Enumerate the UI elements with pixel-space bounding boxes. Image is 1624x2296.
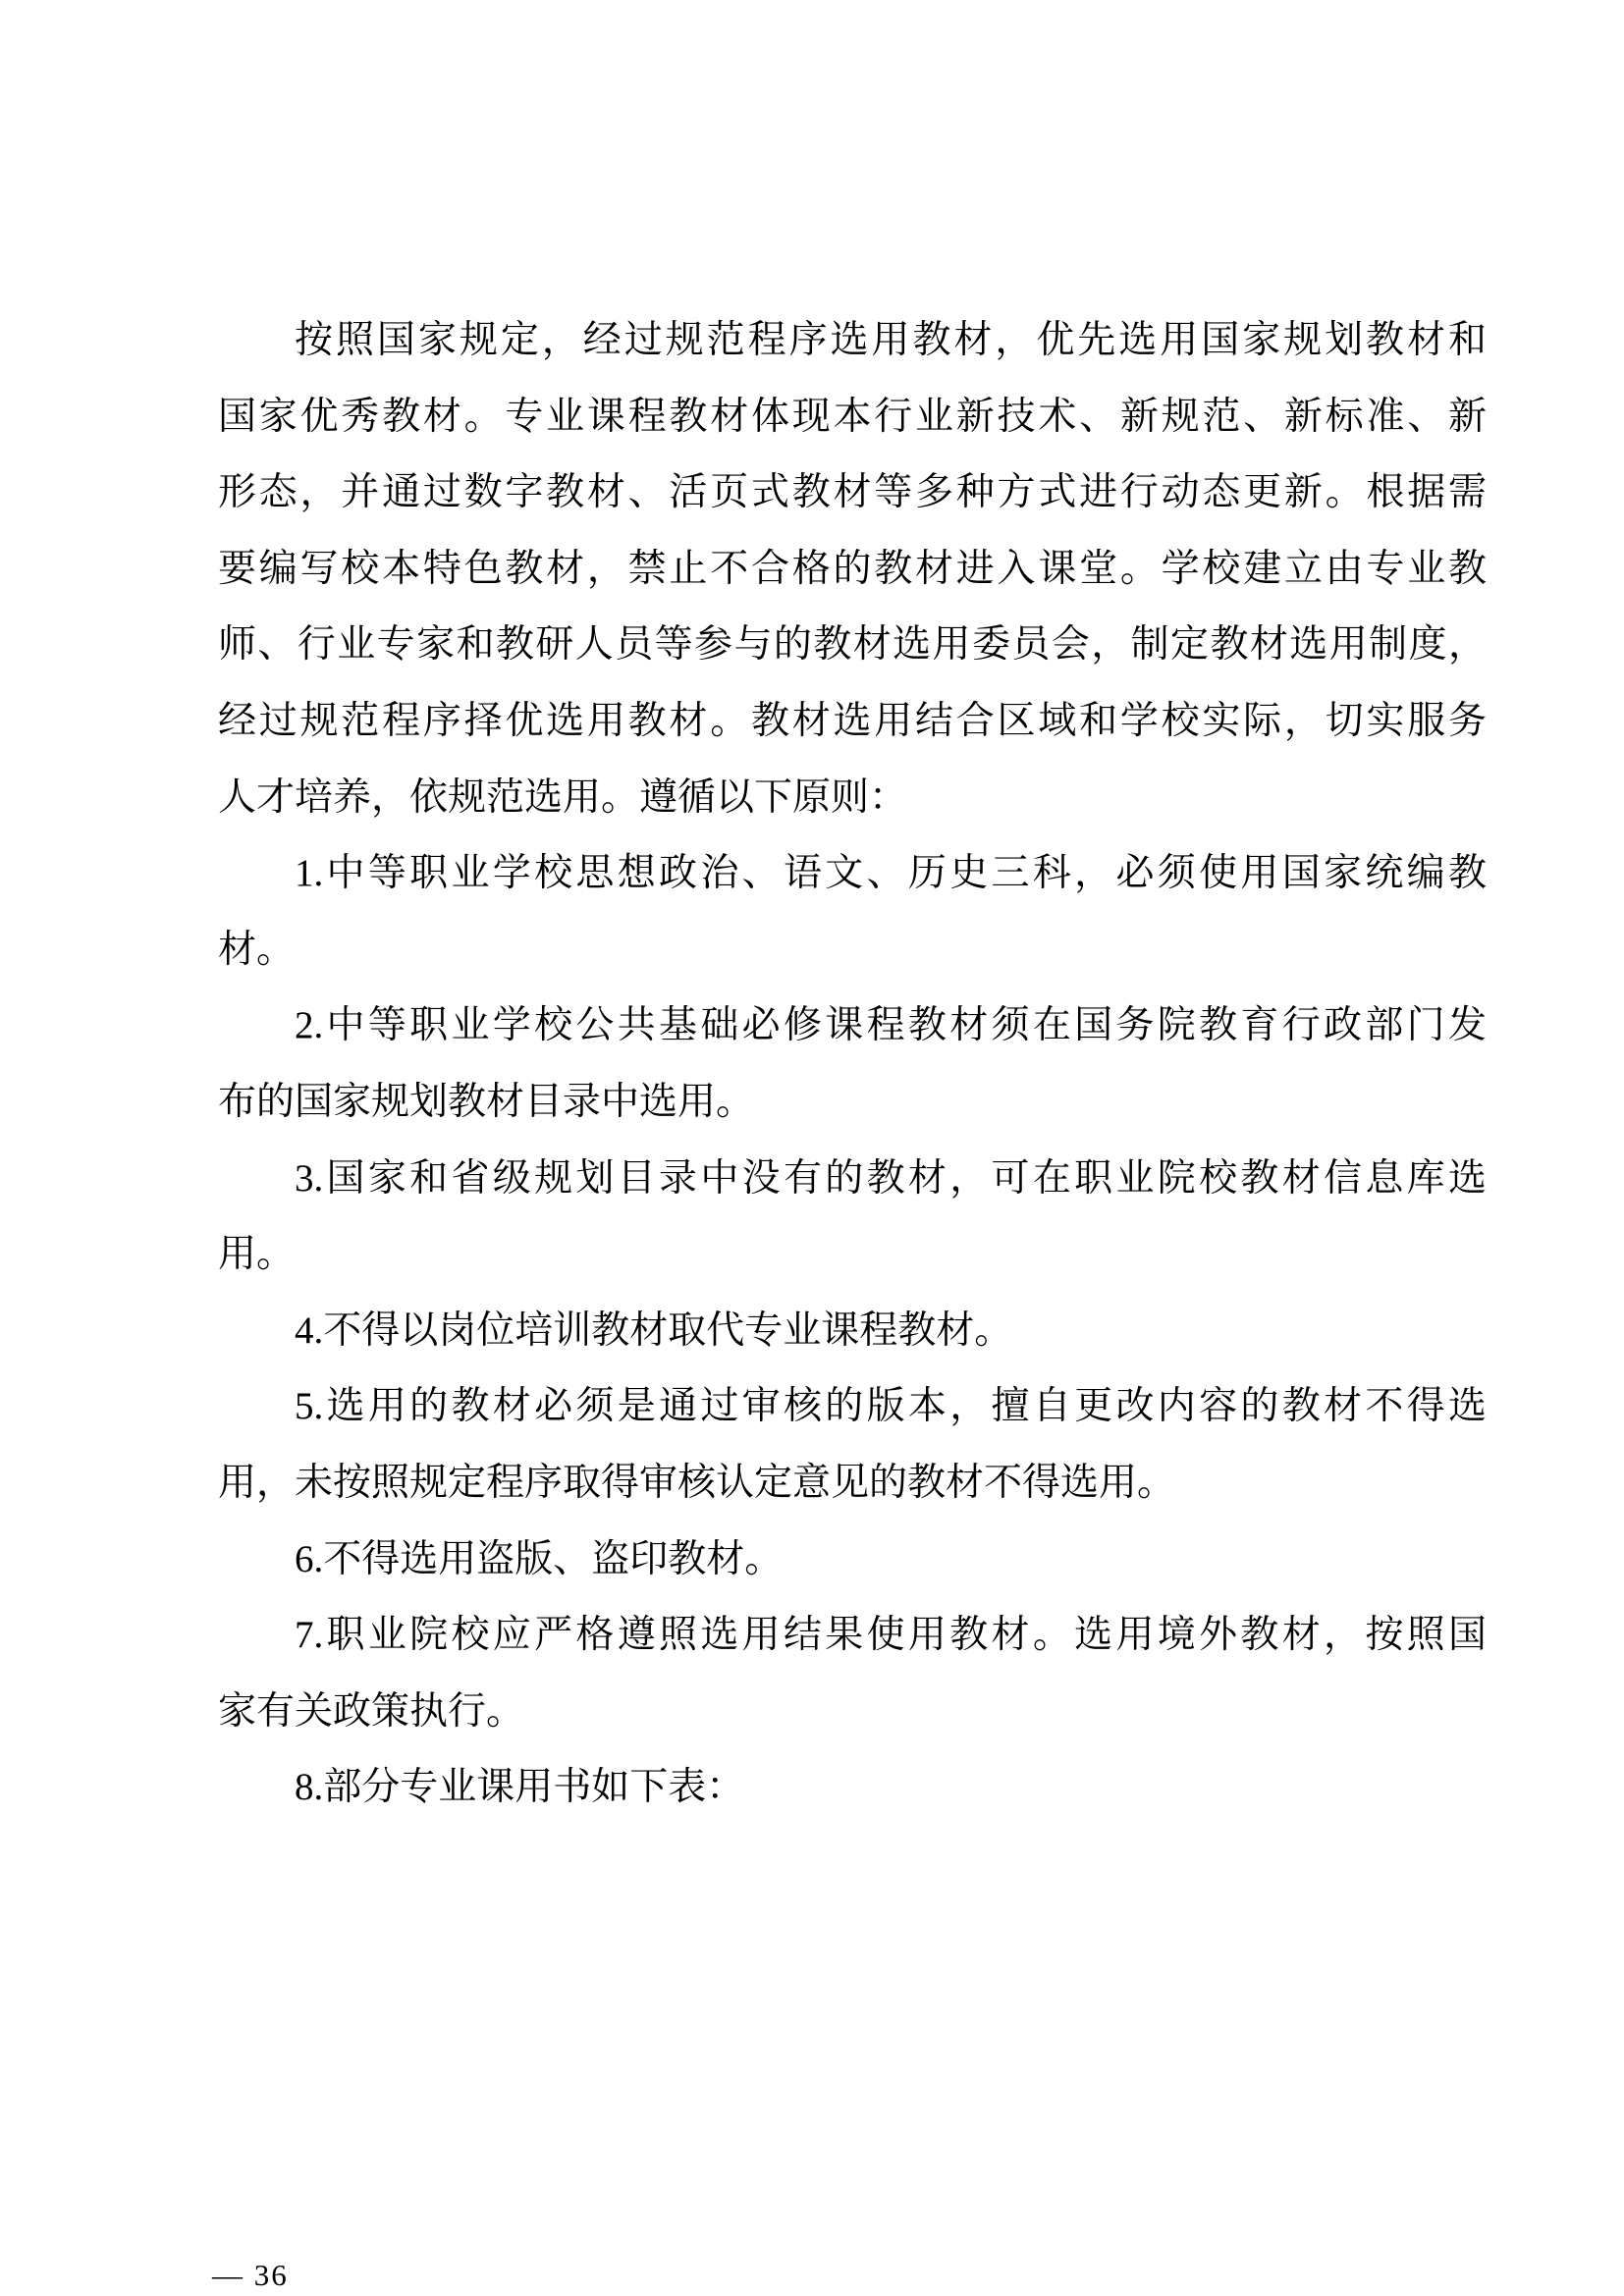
text-line: 材。: [218, 912, 1487, 988]
text-line: 布的国家规划教材目录中选用。: [218, 1064, 1487, 1141]
text-line: 形态，并通过数字教材、活页式教材等多种方式进行动态更新。根据需: [218, 454, 1487, 531]
text-line: 人才培养，依规范选用。遵循以下原则：: [218, 760, 1487, 836]
text-line: 5.选用的教材必须是通过审核的版本，擅自更改内容的教材不得选: [218, 1368, 1487, 1445]
text-line: 师、行业专家和教研人员等参与的教材选用委员会，制定教材选用制度，: [218, 607, 1487, 683]
text-line: 要编写校本特色教材，禁止不合格的教材进入课堂。学校建立由专业教: [218, 531, 1487, 608]
text-line: 用。: [218, 1216, 1487, 1293]
text-lines: 按照国家规定，经过规范程序选用教材，优先选用国家规划教材和国家优秀教材。专业课程…: [218, 302, 1487, 1826]
text-line: 国家优秀教材。专业课程教材体现本行业新技术、新规范、新标准、新: [218, 379, 1487, 455]
page-number: — 36: [212, 2256, 289, 2295]
document-page: 按照国家规定，经过规范程序选用教材，优先选用国家规划教材和国家优秀教材。专业课程…: [0, 0, 1624, 2296]
text-line: 按照国家规定，经过规范程序选用教材，优先选用国家规划教材和: [218, 302, 1487, 379]
text-line: 4.不得以岗位培训教材取代专业课程教材。: [218, 1293, 1487, 1369]
text-line: 7.职业院校应严格遵照选用结果使用教材。选用境外教材，按照国: [218, 1597, 1487, 1674]
text-line: 3.国家和省级规划目录中没有的教材，可在职业院校教材信息库选: [218, 1141, 1487, 1217]
text-line: 用，未按照规定程序取得审核认定意见的教材不得选用。: [218, 1445, 1487, 1522]
text-line: 家有关政策执行。: [218, 1674, 1487, 1750]
text-line: 1.中等职业学校思想政治、语文、历史三科，必须使用国家统编教: [218, 835, 1487, 912]
text-line: 8.部分专业课用书如下表：: [218, 1749, 1487, 1826]
text-line: 2.中等职业学校公共基础必修课程教材须在国务院教育行政部门发: [218, 988, 1487, 1064]
text-line: 经过规范程序择优选用教材。教材选用结合区域和学校实际，切实服务: [218, 683, 1487, 760]
text-line: 6.不得选用盗版、盗印教材。: [218, 1522, 1487, 1598]
